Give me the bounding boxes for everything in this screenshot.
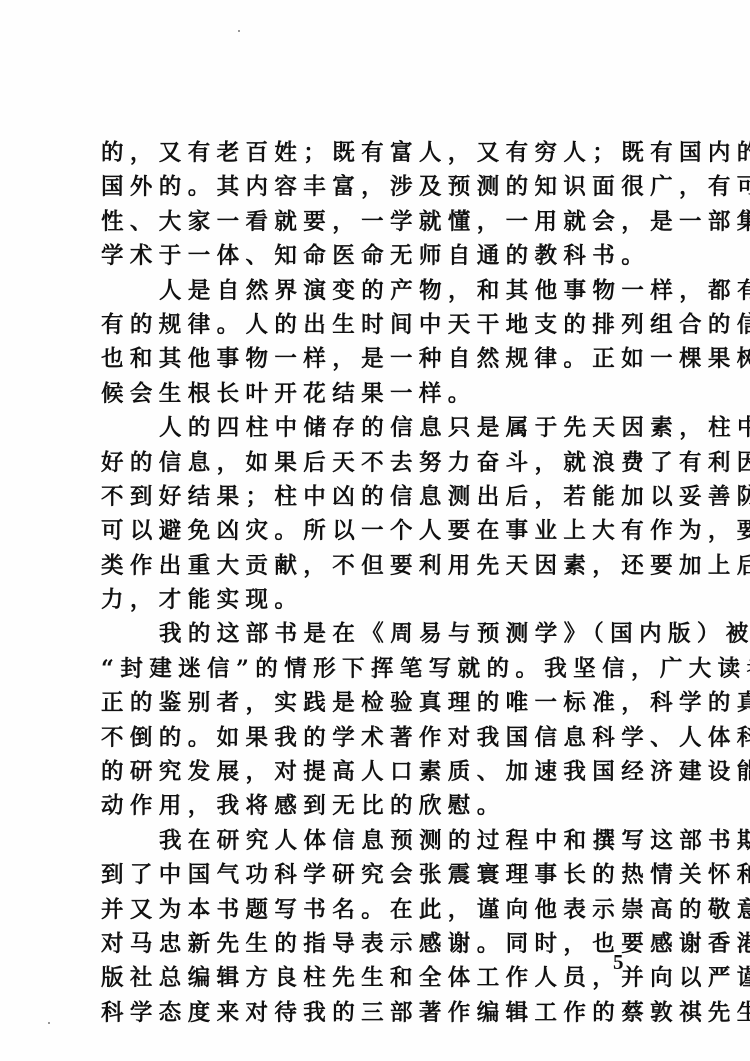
text-line: 不倒的。如果我的学术著作对我国信息科学、人体科学事业 xyxy=(101,721,661,755)
text-line: 候会生根长叶开花结果一样。 xyxy=(101,377,661,411)
paragraph-start-line: 我在研究人体信息预测的过程中和撰写这部书期间，受 xyxy=(101,824,661,858)
page-number: 5 xyxy=(613,950,624,975)
scanned-page: 的，又有老百姓；既有富人，又有穷人；既有国内的，又有 国外的。其内容丰富，涉及预… xyxy=(0,0,750,1061)
text-line: 版社总编辑方良柱先生和全体工作人员，并向以严谨细致的 xyxy=(101,961,661,995)
paragraph-start-line: 人是自然界演变的产物，和其他事物一样，都有自己固 xyxy=(101,274,661,308)
text-line: 好的信息，如果后天不去努力奋斗，就浪费了有利因素而得 xyxy=(101,446,661,480)
paragraph-start-line: 人的四柱中储存的信息只是属于先天因素，柱中储存有 xyxy=(101,411,661,445)
text-line: 对马忠新先生的指导表示感谢。同时，也要感谢香港明报出 xyxy=(101,927,661,961)
text-line: “封建迷信”的情形下挥笔写就的。我坚信，广大读者是最公 xyxy=(101,652,661,686)
text-line: 国外的。其内容丰富，涉及预测的知识面很广，有可读可学 xyxy=(101,170,661,204)
text-line: 力，才能实现。 xyxy=(101,583,661,617)
text-line: 正的鉴别者，实践是检验真理的唯一标准，科学的真理是打 xyxy=(101,686,661,720)
text-line: 有的规律。人的出生时间中天干地支的排列组合的信息标志， xyxy=(101,308,661,342)
text-line: 学术于一体、知命医命无师自通的教科书。 xyxy=(101,239,661,273)
text-line: 动作用，我将感到无比的欣慰。 xyxy=(101,789,661,823)
text-line: 的研究发展，对提高人口素质、加速我国经济建设能起到推 xyxy=(101,755,661,789)
text-line: 类作出重大贡献，不但要利用先天因素，还要加上后天的努 xyxy=(101,549,661,583)
text-line: 性、大家一看就要，一学就懂，一用就会，是一部集方法与 xyxy=(101,205,661,239)
text-line: 的，又有老百姓；既有富人，又有穷人；既有国内的，又有 xyxy=(101,136,661,170)
text-line: 并又为本书题写书名。在此，谨向他表示崇高的敬意和感谢！ xyxy=(101,893,661,927)
scan-speck xyxy=(48,1022,50,1024)
paragraph-start-line: 我的这部书是在《周易与预测学》（国内版）被误认为 xyxy=(101,617,661,651)
scan-speck xyxy=(238,30,240,32)
body-text: 的，又有老百姓；既有富人，又有穷人；既有国内的，又有 国外的。其内容丰富，涉及预… xyxy=(101,136,661,1030)
text-line: 不到好结果；柱中凶的信息测出后，若能加以妥善防范，就 xyxy=(101,480,661,514)
text-line: 可以避免凶灾。所以一个人要在事业上大有作为，要想为人 xyxy=(101,514,661,548)
text-line: 科学态度来对待我的三部著作编辑工作的蔡敦祺先生以及国 xyxy=(101,996,661,1030)
text-line: 到了中国气功科学研究会张震寰理事长的热情关怀和重视， xyxy=(101,858,661,892)
text-line: 也和其他事物一样，是一种自然规律。正如一棵果树，到时 xyxy=(101,342,661,376)
